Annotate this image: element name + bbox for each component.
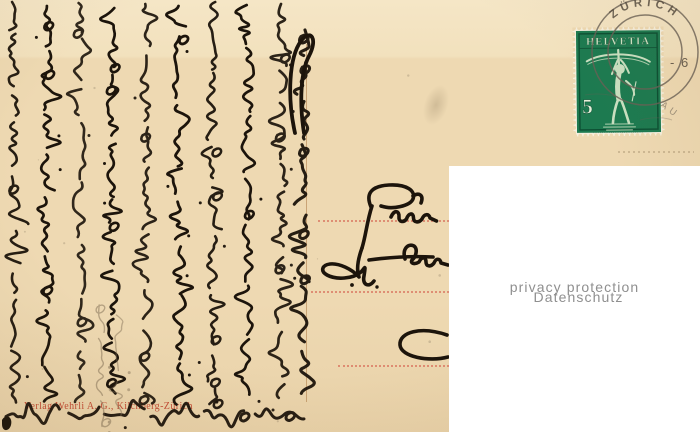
address-line <box>318 220 449 222</box>
publisher-imprint: Verlag Wehrli A. G., Kilchberg-Zürich <box>24 401 254 412</box>
address-line <box>338 365 449 367</box>
address-line <box>311 291 449 293</box>
ink-smudge <box>418 81 454 128</box>
privacy-overlay-text-de: Datenschutz <box>534 292 624 302</box>
stamp-denomination: 5 <box>582 94 593 118</box>
privacy-overlay: privacy protection Datenschutz <box>449 166 700 432</box>
postcard-back-scan: Verlag Wehrli A. G., Kilchberg-Zürich HE… <box>0 0 700 432</box>
postmark-city: ZÜRICH <box>607 0 682 21</box>
postmark-numeral: - 6 <box>670 55 690 70</box>
message-address-divider <box>306 44 307 402</box>
postage-stamp: HELVETIA 5 <box>572 27 664 137</box>
svg-text:ZÜRICH: ZÜRICH <box>607 0 682 21</box>
stamp-country-label: HELVETIA <box>586 36 650 48</box>
